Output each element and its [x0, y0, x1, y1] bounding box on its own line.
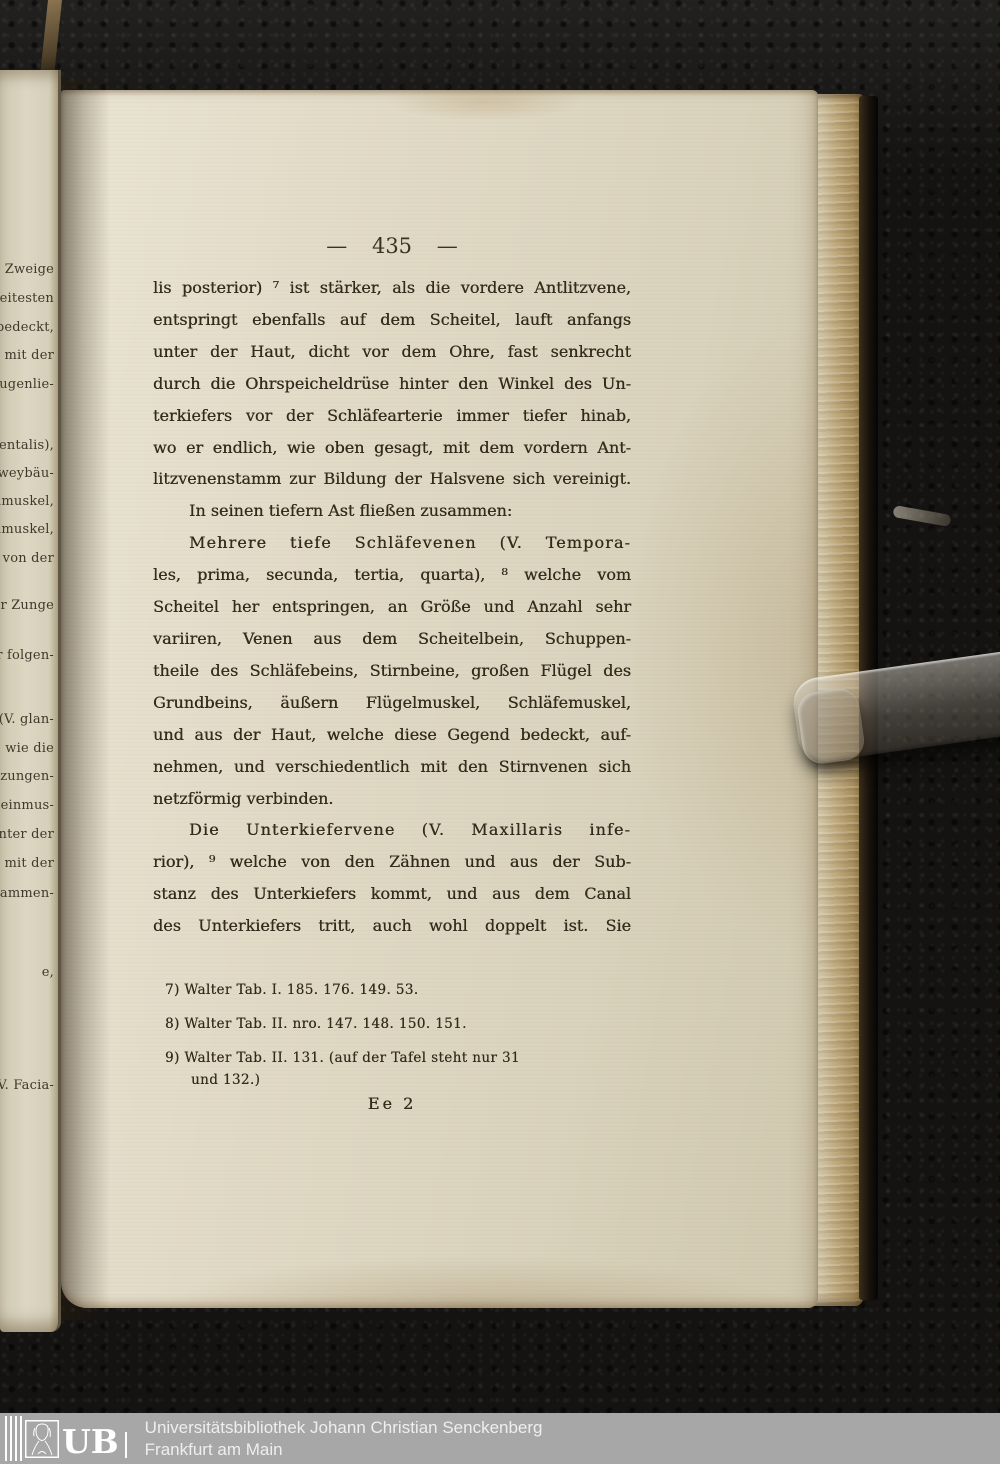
- text-line: Grundbeins, äußern Flügelmuskel, Schläfe…: [153, 687, 631, 719]
- text-line: nehmen, und verschiedentlich mit den Sti…: [153, 751, 631, 783]
- facing-page-text-fragment: e (V. glan-: [0, 712, 54, 727]
- text-line: Scheitel her entspringen, an Größe und A…: [153, 591, 631, 623]
- text-line: durch die Ohrspeicheldrüse hinter den Wi…: [153, 368, 631, 400]
- facing-page-text-fragment: e,: [42, 965, 54, 980]
- facing-page-text-fragment: n unter der: [0, 827, 54, 842]
- text-line: rior), ⁹ welche von den Zähnen und aus d…: [153, 846, 631, 878]
- text-line: entspringt ebenfalls auf dem Scheitel, l…: [153, 304, 631, 336]
- facing-page-text-fragment: eferzungen-: [0, 769, 54, 784]
- text-line: Mehrere tiefe Schläfevenen (V. Tempora-: [153, 527, 631, 559]
- text-line: lis posterior) ⁷ ist stärker, als die vo…: [153, 272, 631, 304]
- library-footer-bar: UB Universitätsbibliothek Johann Christi…: [0, 1413, 1000, 1464]
- book-scan-photo: ß die Zweige om breitesten e ihn bedeckt…: [0, 0, 1000, 1464]
- facing-page-text-fragment: des zweybäu-: [0, 466, 54, 481]
- text-line: les, prima, secunda, tertia, quarta), ⁸ …: [153, 559, 631, 591]
- facing-page-text-fragment: ngenmuskel,: [0, 522, 54, 537]
- facing-page-text-fragment: der Augenlie-: [0, 377, 54, 392]
- logo-separator: [125, 1432, 127, 1458]
- book-page: — 435 — lis posterior) ⁷ ist stärker, al…: [61, 90, 818, 1308]
- facing-page-text-fragment: theils mit der: [0, 348, 54, 363]
- footnote-7: 7) Walter Tab. I. 185. 176. 149. 53.: [165, 980, 631, 1000]
- facing-page-text-fragment: (V. Facia-: [0, 1078, 54, 1093]
- facing-page-text-fragment: ubmentalis),: [0, 438, 54, 453]
- top-left-page-edges: [40, 0, 62, 76]
- text-line: des Unterkiefers tritt, auch wohl doppel…: [153, 910, 631, 942]
- footnotes: 7) Walter Tab. I. 185. 176. 149. 53. 8) …: [165, 980, 631, 1104]
- text-line: litzvenenstamm zur Bildung der Halsvene …: [153, 463, 631, 495]
- facing-page-text-fragment: en, wie die: [0, 741, 54, 756]
- text-line: unter der Haut, dicht vor dem Ohre, fast…: [153, 336, 631, 368]
- library-caption: Universitätsbibliothek Johann Christian …: [145, 1417, 543, 1460]
- text-line: und aus der Haut, welche diese Gegend be…: [153, 719, 631, 751]
- facing-page-text-fragment: der Zunge: [0, 598, 54, 613]
- text-line: variiren, Venen aus dem Scheitelbein, Sc…: [153, 623, 631, 655]
- footnote-9: 9) Walter Tab. II. 131. (auf der Tafel s…: [165, 1048, 631, 1068]
- text-line: terkiefers vor der Schläfearterie immer …: [153, 400, 631, 432]
- text-line: theile des Schläfebeins, Stirnbeine, gro…: [153, 655, 631, 687]
- text-line: In seinen tiefern Ast fließen zusammen:: [153, 495, 631, 527]
- text-line: stanz des Unterkiefers kommt, und aus de…: [153, 878, 631, 910]
- goethe-portrait-icon: [25, 1420, 59, 1458]
- library-name: Universitätsbibliothek Johann Christian …: [145, 1417, 543, 1439]
- footnote-8: 8) Walter Tab. II. nro. 147. 148. 150. 1…: [165, 1014, 631, 1034]
- signature-mark: Ee 2: [153, 1094, 631, 1113]
- facing-page-text-fragment: er folgen-: [0, 648, 54, 663]
- facing-page-text-fragment: nbeinmuskel,: [0, 494, 54, 509]
- text-line: Die Unterkiefervene (V. Maxillaris infe-: [153, 814, 631, 846]
- facing-page-text-fragment: zusammen-: [0, 886, 54, 901]
- facing-page-text-fragment: e ihn bedeckt,: [0, 320, 54, 335]
- logo-book-pages-icon: [5, 1416, 22, 1461]
- facing-page-text-fragment: d von der: [0, 551, 54, 566]
- facing-page-text-fragment: enbeinmus-: [0, 798, 54, 813]
- leather-scratch: [892, 505, 951, 527]
- ub-logo: UB: [0, 1413, 127, 1464]
- footnote-9-continued: und 132.): [165, 1070, 631, 1090]
- text-line: netzförmig verbinden.: [153, 783, 631, 815]
- library-city: Frankfurt am Main: [145, 1439, 543, 1461]
- ub-logo-text: UB: [62, 1423, 119, 1461]
- facing-page-text-fragment: lls mit der: [0, 856, 54, 871]
- main-text: lis posterior) ⁷ ist stärker, als die vo…: [153, 272, 631, 942]
- facing-page-text-fragment: ß die Zweige: [0, 262, 54, 277]
- facing-page-text-fragment: om breitesten: [0, 291, 54, 306]
- page-number: — 435 —: [153, 234, 631, 258]
- text-line: wo er endlich, wie oben gesagt, mit dem …: [153, 432, 631, 464]
- facing-page-edge: ß die Zweige om breitesten e ihn bedeckt…: [0, 70, 61, 1332]
